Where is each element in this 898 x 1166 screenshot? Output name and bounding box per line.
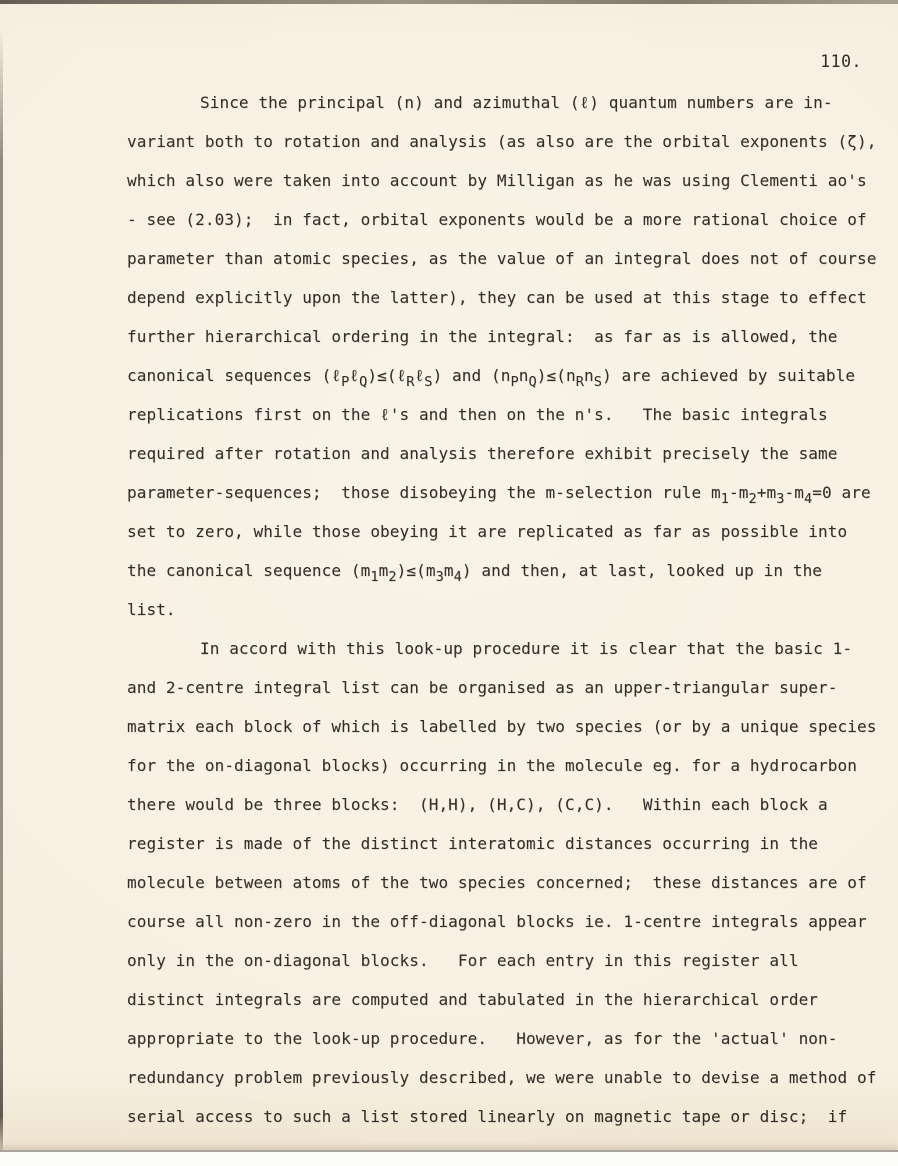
- text-line: replications first on the ℓ's and then o…: [127, 395, 883, 434]
- subscript: Q: [529, 374, 537, 390]
- document-body: Since the principal (n) and azimuthal (ℓ…: [127, 83, 883, 1136]
- text-line: Since the principal (n) and azimuthal (ℓ…: [127, 83, 883, 122]
- text-line: the canonical sequence (m1m2)≤(m3m4) and…: [127, 551, 883, 590]
- text-line: molecule between atoms of the two specie…: [127, 863, 883, 902]
- scanned-document-page: 110. Since the principal (n) and azimuth…: [0, 0, 898, 1166]
- text-line: distinct integrals are computed and tabu…: [127, 980, 883, 1019]
- subscript: 2: [388, 569, 396, 585]
- text-line: required after rotation and analysis the…: [127, 434, 883, 473]
- text-line: and 2-centre integral list can be organi…: [127, 668, 883, 707]
- text-line: course all non-zero in the off-diagonal …: [127, 902, 883, 941]
- subscript: 4: [454, 569, 462, 585]
- subscript: 2: [748, 491, 756, 507]
- subscript: 1: [370, 569, 378, 585]
- page-number: 110.: [820, 52, 862, 71]
- text-line: redundancy problem previously described,…: [127, 1058, 883, 1097]
- subscript: P: [341, 374, 349, 390]
- subscript: 4: [804, 491, 812, 507]
- text-line: appropriate to the look-up procedure. Ho…: [127, 1019, 883, 1058]
- scan-left-edge: [0, 28, 3, 1150]
- subscript: S: [594, 374, 602, 390]
- text-line: further hierarchical ordering in the int…: [127, 317, 883, 356]
- text-line: parameter than atomic species, as the va…: [127, 239, 883, 278]
- text-line: set to zero, while those obeying it are …: [127, 512, 883, 551]
- subscript: 1: [721, 491, 729, 507]
- text-line: register is made of the distinct interat…: [127, 824, 883, 863]
- subscript: P: [510, 374, 518, 390]
- text-line: variant both to rotation and analysis (a…: [127, 122, 883, 161]
- text-line: matrix each block of which is labelled b…: [127, 707, 883, 746]
- subscript: R: [406, 374, 414, 390]
- page-bottom-edge: [0, 1150, 898, 1166]
- text-line: parameter-sequences; those disobeying th…: [127, 473, 883, 512]
- text-line: canonical sequences (ℓPℓQ)≤(ℓRℓS) and (n…: [127, 356, 883, 395]
- subscript: 3: [776, 491, 784, 507]
- subscript: Q: [359, 374, 367, 390]
- text-line: depend explicitly upon the latter), they…: [127, 278, 883, 317]
- text-line: which also were taken into account by Mi…: [127, 161, 883, 200]
- text-line: there would be three blocks: (H,H), (H,C…: [127, 785, 883, 824]
- text-line: In accord with this look-up procedure it…: [127, 629, 883, 668]
- subscript: 3: [436, 569, 444, 585]
- text-line: - see (2.03); in fact, orbital exponents…: [127, 200, 883, 239]
- paragraph: Since the principal (n) and azimuthal (ℓ…: [127, 83, 883, 629]
- subscript: R: [576, 374, 584, 390]
- subscript: S: [424, 374, 432, 390]
- text-line: only in the on-diagonal blocks. For each…: [127, 941, 883, 980]
- text-line: list.: [127, 590, 883, 629]
- scan-top-edge: [0, 0, 898, 4]
- text-line: for the on-diagonal blocks) occurring in…: [127, 746, 883, 785]
- paragraph: In accord with this look-up procedure it…: [127, 629, 883, 1136]
- text-line: serial access to such a list stored line…: [127, 1097, 883, 1136]
